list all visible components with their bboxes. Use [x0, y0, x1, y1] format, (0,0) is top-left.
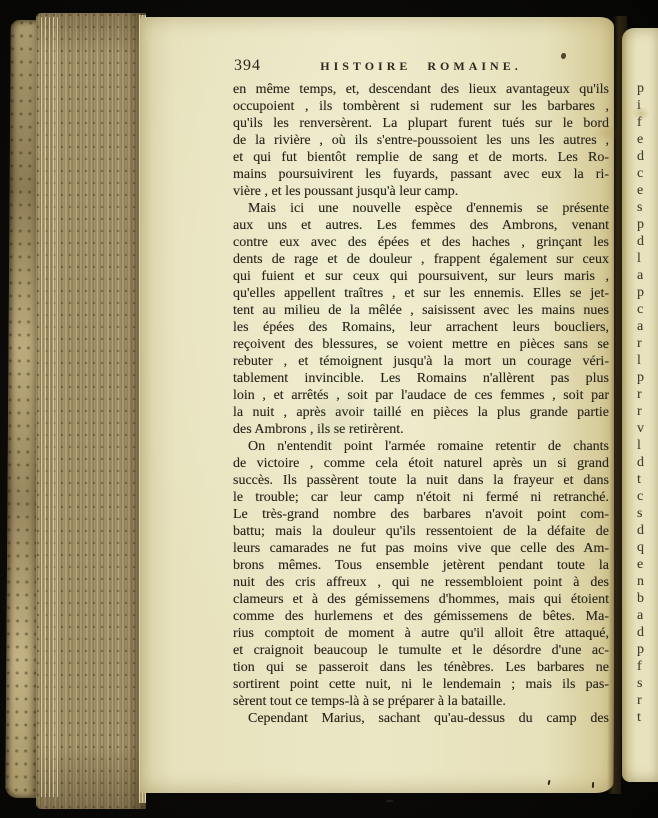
letter-fragment: c — [637, 301, 657, 318]
letter-fragment: b — [637, 590, 657, 607]
letter-fragment: a — [637, 267, 657, 284]
facing-page-fragments: pifedcespdlapcarlprrvldtcsdqenbadpfsrt — [637, 80, 657, 726]
letter-fragment: l — [637, 437, 657, 454]
letter-fragment: s — [637, 199, 657, 216]
text-line: en même temps, et, descendant des lieux … — [233, 81, 609, 98]
running-title: HISTOIRE ROMAINE. — [320, 59, 521, 73]
letter-fragment: a — [637, 607, 657, 624]
letter-fragment: p — [637, 641, 657, 658]
letter-fragment: v — [637, 420, 657, 437]
text-line: battu; mais la douleur qu'ils ressentoie… — [233, 523, 609, 540]
text-line: des Ambrons , ils se retirèrent. — [233, 421, 609, 438]
letter-fragment: d — [637, 624, 657, 641]
page-header: 394 HISTOIRE ROMAINE. — [233, 57, 609, 77]
letter-fragment: q — [637, 539, 657, 556]
book-scan: 394 HISTOIRE ROMAINE. en même temps, et,… — [0, 0, 658, 818]
text-line: tablement invincible. Les Romains n'allè… — [233, 370, 609, 387]
text-line: aux uns et autres. Les femmes des Ambron… — [233, 217, 609, 234]
show-through-smudge — [300, 377, 372, 463]
text-line: sortirent point cette nuit, ni le lendem… — [233, 676, 609, 693]
text-line: la nuit , après avoir taillé en pièces l… — [233, 404, 609, 421]
text-line: contre eux avec des épées et des haches … — [233, 234, 609, 251]
letter-fragment: c — [637, 165, 657, 182]
text-line: rebuter , et témoignent jusqu'à la mort … — [233, 353, 609, 370]
paper-speck — [548, 780, 551, 785]
text-line: et qui fut bientôt remplie de sang et de… — [233, 149, 609, 166]
letter-fragment: r — [637, 692, 657, 709]
paragraph: Mais ici une nouvelle espèce d'ennemis s… — [233, 200, 609, 438]
text-line: de victoire , comme cela étoit naturel a… — [233, 455, 609, 472]
letter-fragment: e — [637, 182, 657, 199]
text-line: et craignoit beaucoup le tumulte et le d… — [233, 642, 609, 659]
text-line: occupoient , ils tombèrent si rudement s… — [233, 98, 609, 115]
page-number: 394 — [234, 57, 261, 75]
text-line: vière , et les poussant jusqu'à leur cam… — [233, 183, 609, 200]
text-line: rius comptoit de moment à autre qu'il al… — [233, 625, 609, 642]
book-page: 394 HISTOIRE ROMAINE. en même temps, et,… — [140, 17, 614, 793]
text-line: Le très-grand nombre des barbares n'avoi… — [233, 506, 609, 523]
paper-speck — [592, 782, 594, 788]
text-line: tent au milieu de la mêlée , saisissent … — [233, 302, 609, 319]
letter-fragment: s — [637, 505, 657, 522]
letter-fragment: r — [637, 335, 657, 352]
letter-fragment: s — [637, 675, 657, 692]
text-line: qu'elles appellent traîtres , et sur les… — [233, 285, 609, 302]
letter-fragment: l — [637, 352, 657, 369]
text-line: nuit des cris affreux , qui ne ressemblo… — [233, 574, 609, 591]
letter-fragment: t — [637, 709, 657, 726]
text-line: de la rivière , où ils s'entre-poussoien… — [233, 132, 609, 149]
letter-fragment: l — [637, 250, 657, 267]
paragraph: Cependant Marius, sachant qu'au-dessus d… — [233, 710, 609, 727]
foxing-stain — [632, 106, 650, 121]
fore-edge-page-stack — [36, 13, 146, 809]
text-line: leurs camarades ne fut pas moins vive qu… — [233, 540, 609, 557]
letter-fragment: a — [637, 318, 657, 335]
letter-fragment: d — [637, 454, 657, 471]
letter-fragment: d — [637, 233, 657, 250]
letter-fragment: p — [637, 80, 657, 97]
text-line: tion qui se passeroit dans les ténèbres.… — [233, 659, 609, 676]
letter-fragment: p — [637, 284, 657, 301]
text-line: loin , et arrêtés , soit par l'audace de… — [233, 387, 609, 404]
letter-fragment: p — [637, 369, 657, 386]
text-line: clameurs et à des gémissemens d'hommes, … — [233, 591, 609, 608]
text-block-paragraphs: en même temps, et, descendant des lieux … — [233, 81, 609, 727]
text-line: le trouble; car leur camp n'étoit ni fer… — [233, 489, 609, 506]
letter-fragment: r — [637, 403, 657, 420]
letter-fragment: r — [637, 386, 657, 403]
paragraph: On n'entendit point l'armée romaine rete… — [233, 438, 609, 710]
letter-fragment: e — [637, 556, 657, 573]
facing-page-edge: pifedcespdlapcarlprrvldtcsdqenbadpfsrt — [622, 28, 658, 782]
text-line: les épées des Romains, leur arrachent le… — [233, 319, 609, 336]
text-line: comme des hurlemens et des gémissemens d… — [233, 608, 609, 625]
text-line: On n'entendit point l'armée romaine rete… — [233, 438, 609, 455]
letter-fragment: c — [637, 488, 657, 505]
text-line: brons mêmes. Tous ensemble jetèrent pend… — [233, 557, 609, 574]
letter-fragment: d — [637, 148, 657, 165]
letter-fragment: t — [637, 471, 657, 488]
letter-fragment: n — [637, 573, 657, 590]
letter-fragment: f — [637, 658, 657, 675]
text-line: mains poursuivirent les fuyards, passant… — [233, 166, 609, 183]
letter-fragment: p — [637, 216, 657, 233]
text-line: reçoivent des blessures, se voient mettr… — [233, 336, 609, 353]
letter-fragment: e — [637, 131, 657, 148]
text-line: succès. Ils passèrent toute la nuit dans… — [233, 472, 609, 489]
paper-speck — [386, 799, 393, 802]
paragraph: en même temps, et, descendant des lieux … — [233, 81, 609, 200]
text-line: Cependant Marius, sachant qu'au-dessus d… — [233, 710, 609, 727]
text-line: sèrent tout ce temps-là à se préparer à … — [233, 693, 609, 710]
text-line: dents de rage et de douleur , frappent é… — [233, 251, 609, 268]
text-line: Mais ici une nouvelle espèce d'ennemis s… — [233, 200, 609, 217]
text-line: qu'ils les renversèrent. La plupart fure… — [233, 115, 609, 132]
letter-fragment: d — [637, 522, 657, 539]
text-line: qui fuient et sur ceux qui poursuivent, … — [233, 268, 609, 285]
